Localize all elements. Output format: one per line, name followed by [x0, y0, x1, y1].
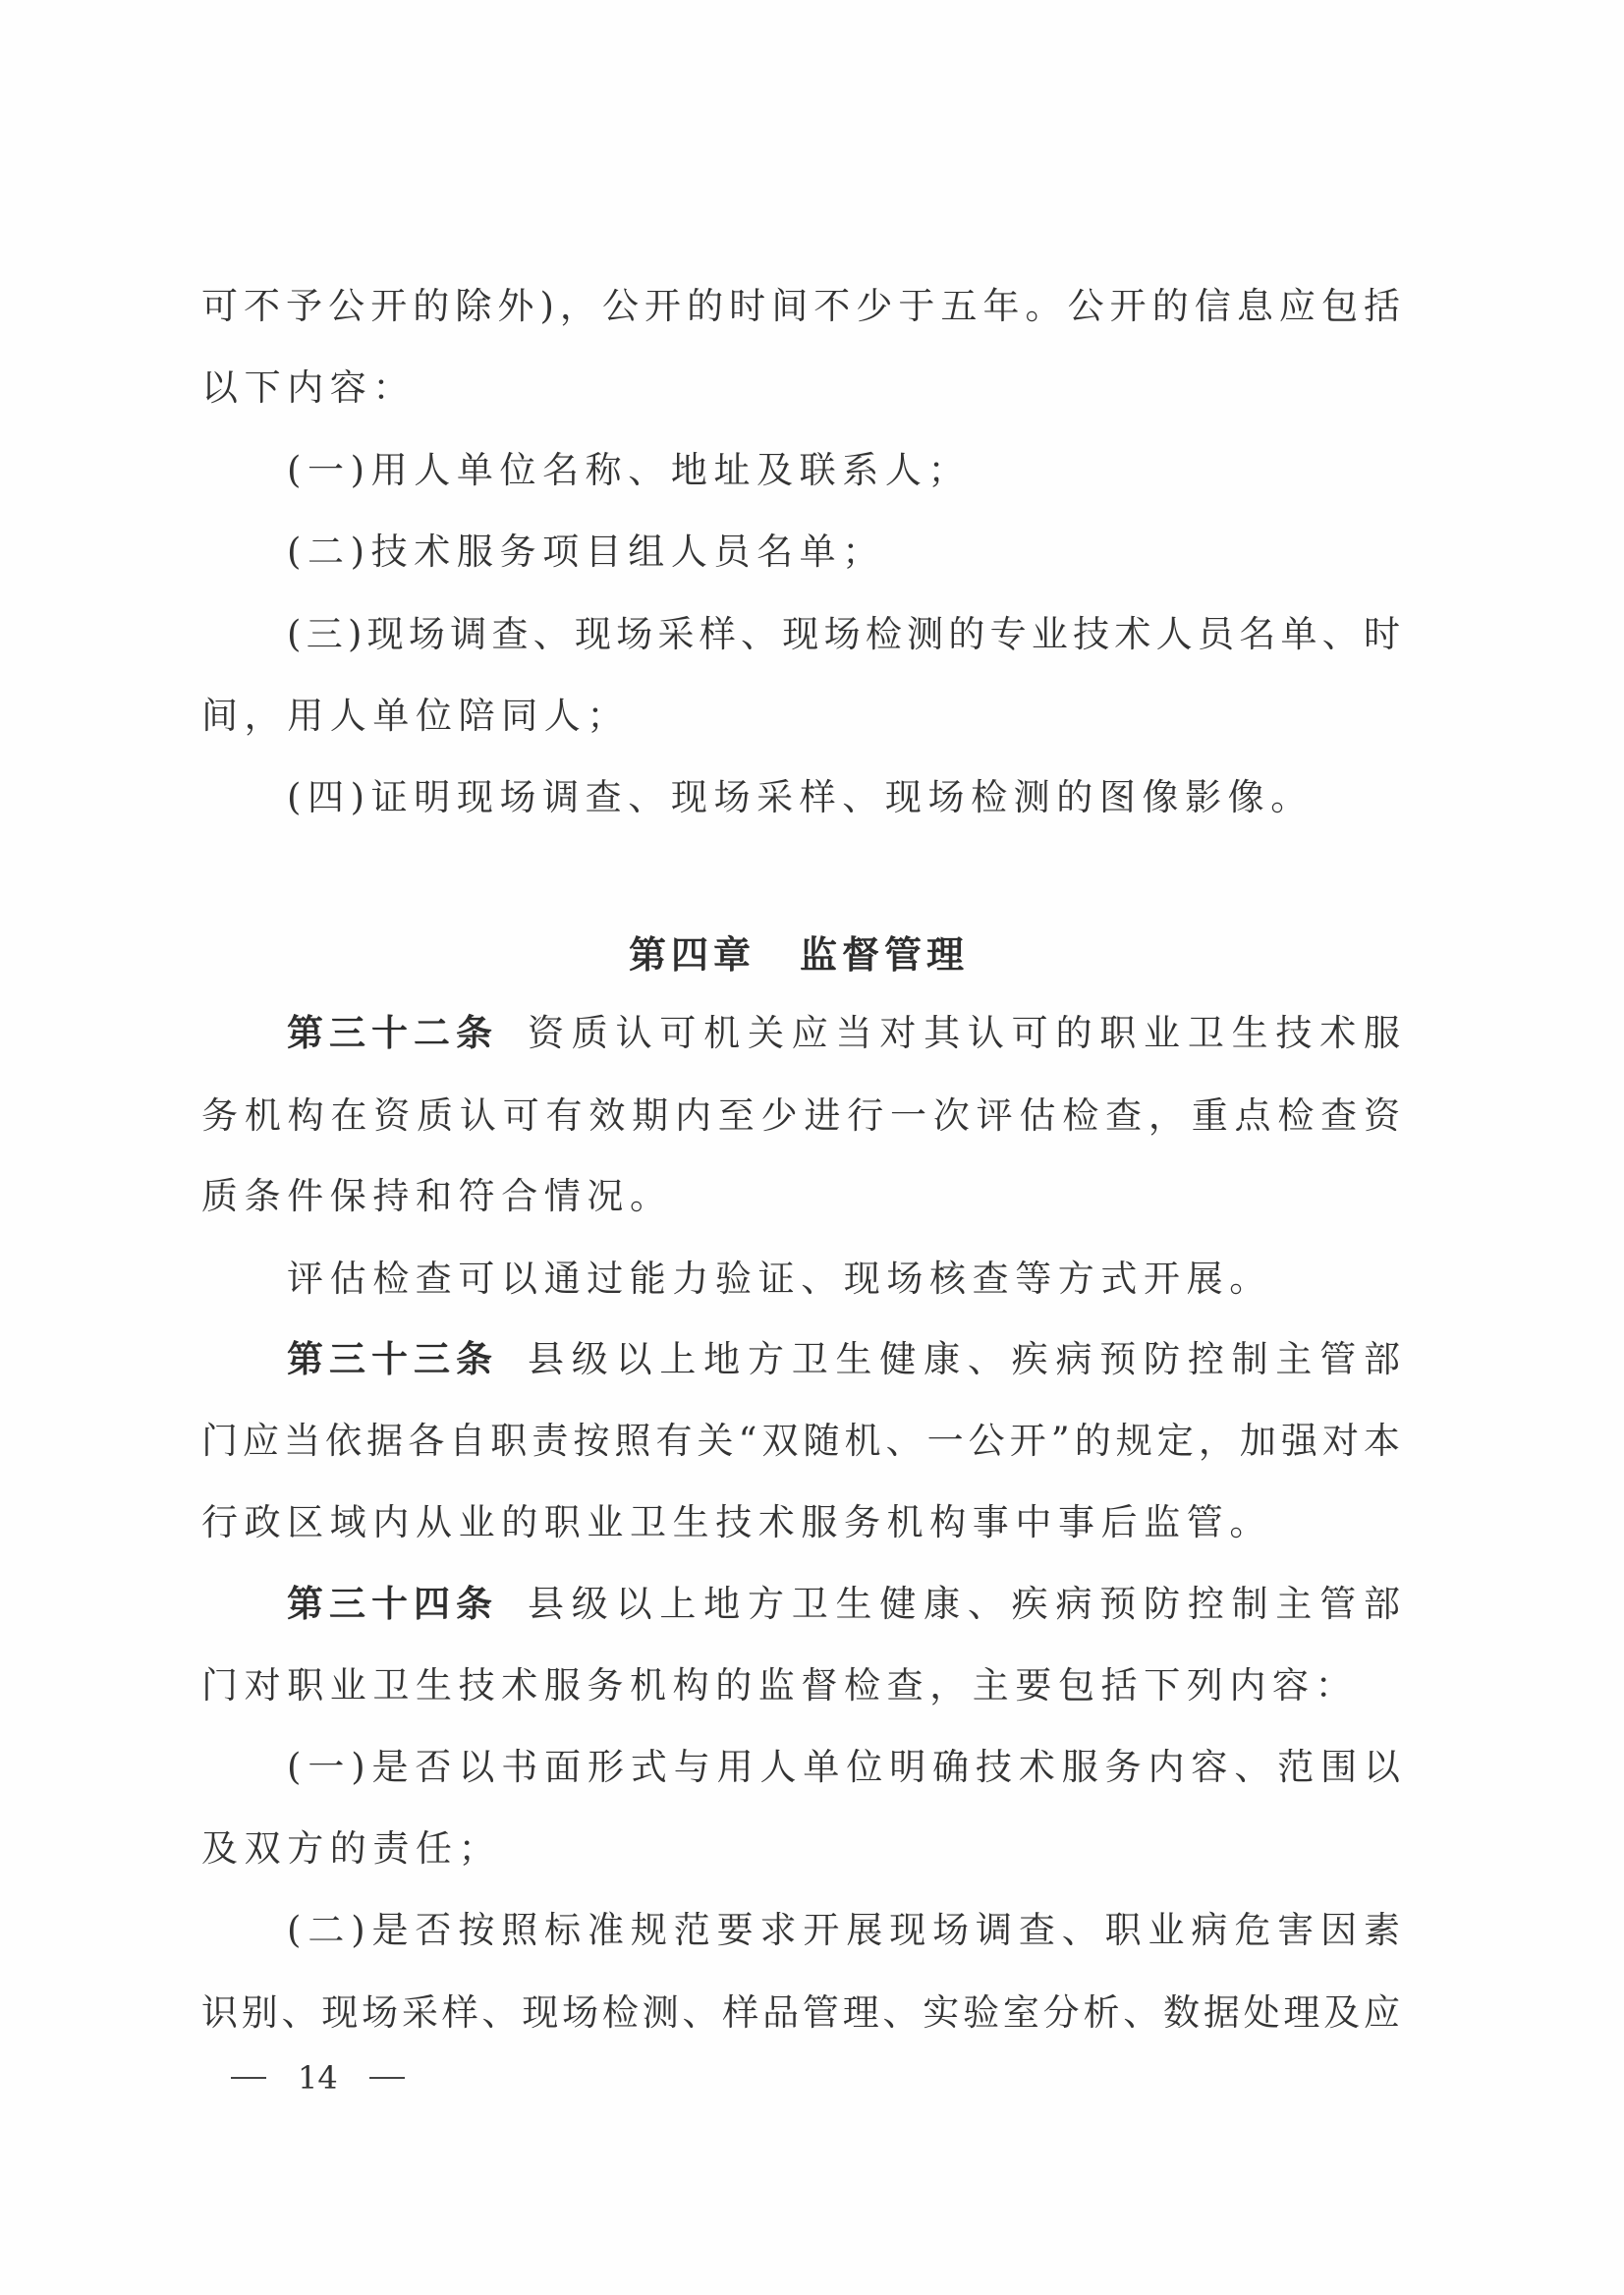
- list-item: (二)是否按照标准规范要求开展现场调查、职业病危害因素: [287, 1909, 1400, 1952]
- paragraph-line: 以下内容：: [201, 366, 416, 410]
- page-number: 14: [231, 2058, 405, 2098]
- chapter-title: 监督管理: [800, 931, 969, 979]
- paragraph-line: 可不予公开的除外)，公开的时间不少于五年。公开的信息应包括: [201, 285, 1400, 328]
- list-item: (四)证明现场调查、现场采样、现场检测的图像影像。: [287, 776, 1314, 819]
- paragraph-line: 门对职业卫生技术服务机构的监督检查，主要包括下列内容：: [201, 1664, 1358, 1707]
- article-34-text: 县级以上地方卫生健康、疾病预防控制主管部: [528, 1583, 1400, 1626]
- article-32-text: 资质认可机关应当对其认可的职业卫生技术服: [528, 1012, 1400, 1055]
- article-34-number: 第三十四条: [287, 1583, 498, 1626]
- dash-left: [231, 2077, 266, 2079]
- list-item-continuation: 及双方的责任；: [201, 1827, 501, 1871]
- list-item-continuation: 间，用人单位陪同人；: [201, 695, 630, 738]
- article-34-heading-line: 第三十四条 县级以上地方卫生健康、疾病预防控制主管部: [287, 1583, 1400, 1626]
- article-33-number: 第三十三条: [287, 1338, 498, 1381]
- page-number-value: 14: [298, 2058, 338, 2098]
- article-32-number: 第三十二条: [287, 1012, 498, 1055]
- article-33-text: 县级以上地方卫生健康、疾病预防控制主管部: [528, 1338, 1400, 1381]
- list-item: (一)是否以书面形式与用人单位明确技术服务内容、范围以: [287, 1746, 1400, 1789]
- article-33-heading-line: 第三十三条 县级以上地方卫生健康、疾病预防控制主管部: [287, 1338, 1400, 1381]
- chapter-heading: 第四章 监督管理: [629, 931, 969, 979]
- paragraph-line: 门应当依据各自职责按照有关“双随机、一公开”的规定，加强对本: [201, 1420, 1400, 1463]
- dash-right: [369, 2077, 405, 2079]
- document-page: 可不予公开的除外)，公开的时间不少于五年。公开的信息应包括 以下内容： (一)用…: [0, 0, 1624, 2295]
- paragraph-line: 评估检查可以通过能力验证、现场核查等方式开展。: [287, 1258, 1272, 1301]
- list-item: (三)现场调查、现场采样、现场检测的专业技术人员名单、时: [287, 613, 1400, 656]
- list-item-continuation: 识别、现场采样、现场检测、样品管理、实验室分析、数据处理及应: [201, 1991, 1400, 2035]
- list-item: (一)用人单位名称、地址及联系人；: [287, 449, 971, 492]
- paragraph-line: 行政区域内从业的职业卫生技术服务机构事中事后监管。: [201, 1501, 1272, 1544]
- article-32-heading-line: 第三十二条 资质认可机关应当对其认可的职业卫生技术服: [287, 1012, 1400, 1055]
- list-item: (二)技术服务项目组人员名单；: [287, 531, 885, 574]
- paragraph-line: 质条件保持和符合情况。: [201, 1175, 673, 1218]
- chapter-number: 第四章: [629, 931, 756, 979]
- paragraph-line: 务机构在资质认可有效期内至少进行一次评估检查，重点检查资: [201, 1094, 1400, 1138]
